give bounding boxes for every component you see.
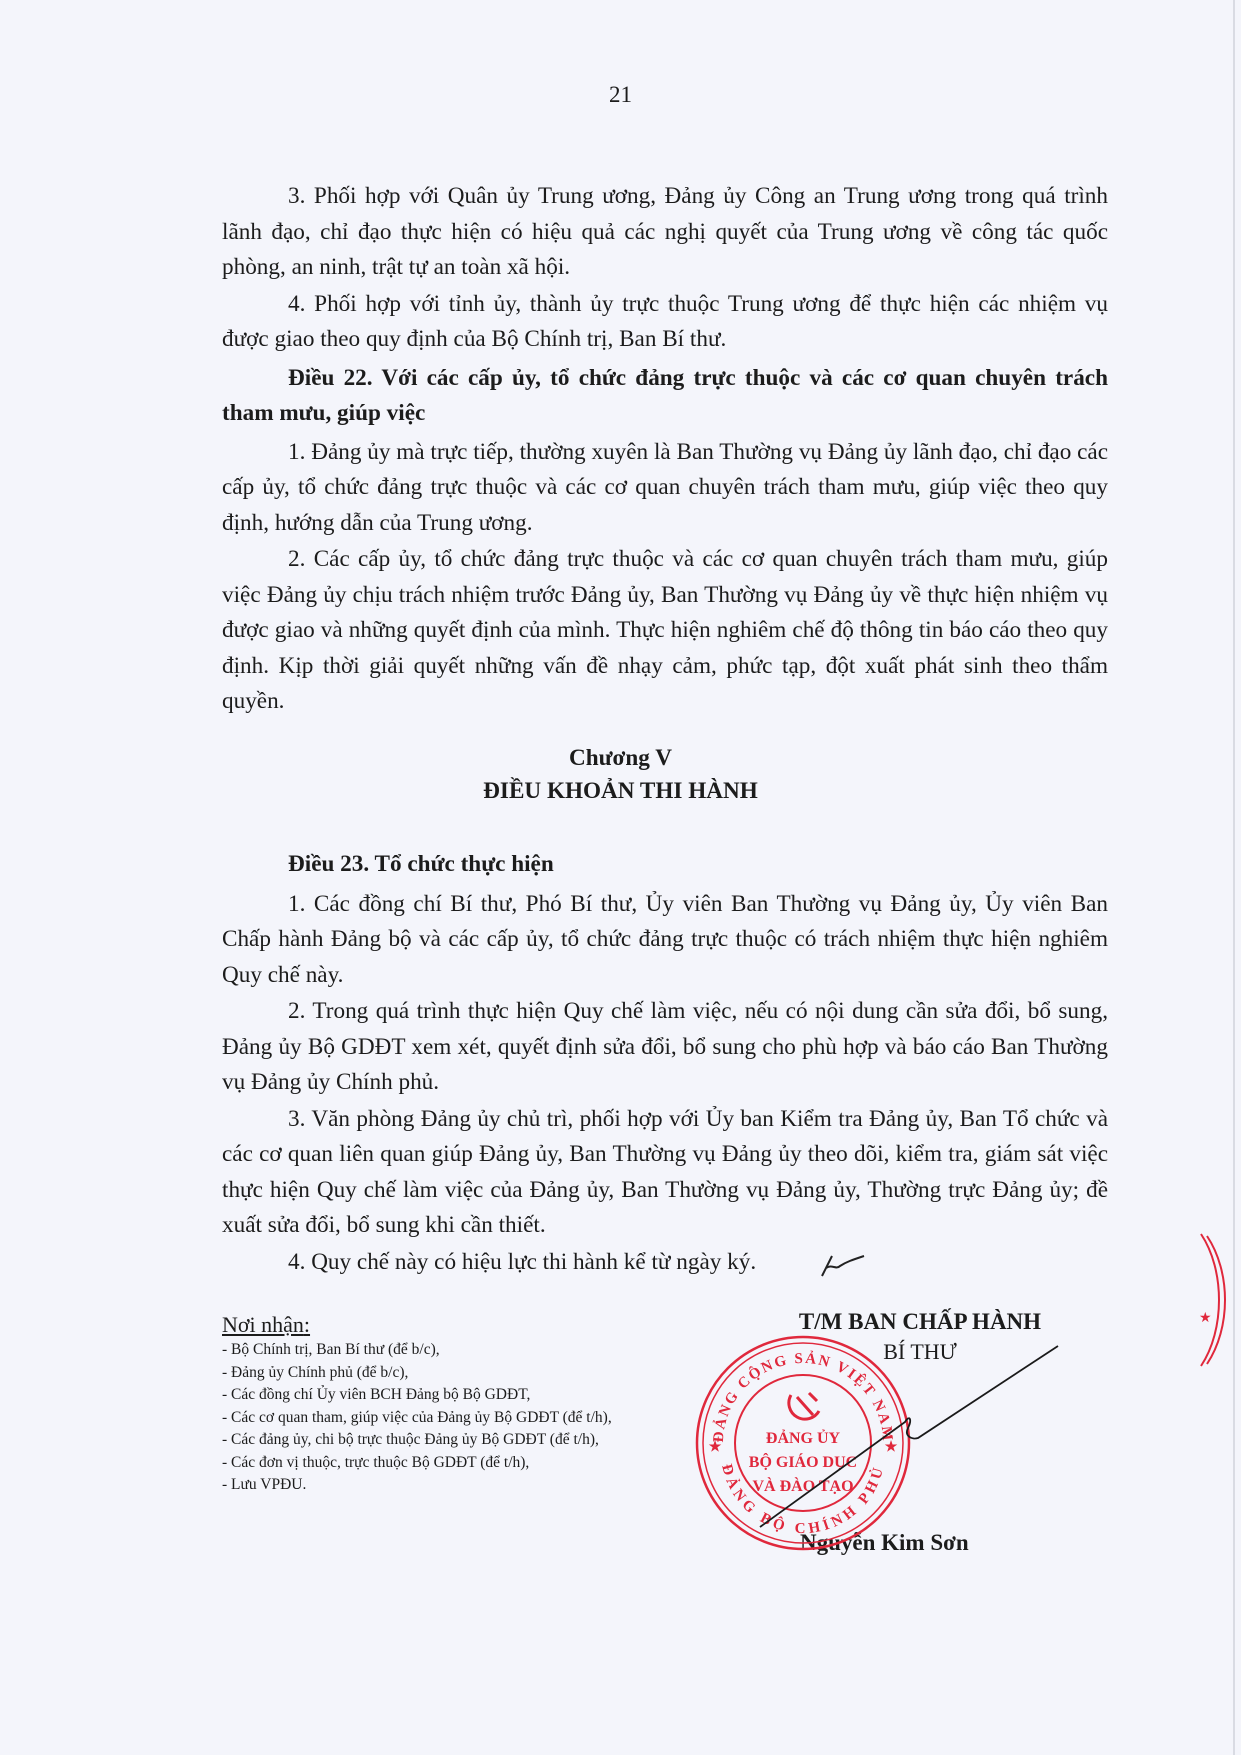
svg-text:VÀ ĐÀO TẠO: VÀ ĐÀO TẠO [752,1476,853,1495]
paragraph: 1. Đảng ủy mà trực tiếp, thường xuyên là… [222,435,1108,542]
paragraph: 3. Phối hợp với Quân ủy Trung ương, Đảng… [222,179,1108,286]
recipient-item: - Các đảng ủy, chi bộ trực thuộc Đảng ủy… [222,1429,612,1452]
initial-mark [818,1250,868,1280]
page-edge [1233,0,1235,1755]
recipient-item: - Bộ Chính trị, Ban Bí thư (để b/c), [222,1339,612,1362]
section-a: 3. Phối hợp với Quân ủy Trung ương, Đảng… [222,179,1108,720]
paragraph: 4. Phối hợp với tỉnh ủy, thành ủy trực t… [222,287,1108,358]
article-23: Điều 23. Tổ chức thực hiện 1. Các đồng c… [222,847,1108,1280]
paragraph: 2. Các cấp ủy, tổ chức đảng trực thuộc v… [222,542,1108,720]
paragraph: 4. Quy chế này có hiệu lực thi hành kể t… [222,1245,1108,1281]
paragraph: 2. Trong quá trình thực hiện Quy chế làm… [222,994,1108,1101]
chapter-number: Chương V [0,741,1241,776]
paragraph: 1. Các đồng chí Bí thư, Phó Bí thư, Ủy v… [222,887,1108,994]
recipients-title: Nơi nhận: [222,1311,612,1339]
recipient-item: - Các đồng chí Ủy viên BCH Đảng bộ Bộ GD… [222,1384,612,1407]
article-23-heading: Điều 23. Tổ chức thực hiện [222,847,1108,883]
recipient-item: - Các cơ quan tham, giúp việc của Đảng ủ… [222,1407,612,1430]
recipient-item: - Các đơn vị thuộc, trực thuộc Bộ GDĐT (… [222,1452,612,1475]
chapter-title: ĐIỀU KHOẢN THI HÀNH [0,774,1241,809]
recipient-item: - Lưu VPĐU. [222,1474,612,1497]
official-seal-icon: ĐẢNG CỘNG SẢN VIỆT NAM ĐẢNG BỘ CHÍNH PHỦ… [693,1333,913,1553]
recipients-block: Nơi nhận: - Bộ Chính trị, Ban Bí thư (để… [222,1311,612,1497]
svg-text:★: ★ [709,1439,722,1455]
svg-text:ĐẢNG ỦY: ĐẢNG ỦY [766,1428,841,1447]
article-22-heading: Điều 22. Với các cấp ủy, tổ chức đảng tr… [222,361,1108,432]
svg-text:★: ★ [1199,1311,1212,1326]
svg-text:BỘ GIÁO DỤC: BỘ GIÁO DỤC [749,1452,857,1471]
recipients-list: - Bộ Chính trị, Ban Bí thư (để b/c), - Đ… [222,1339,612,1497]
paragraph: 3. Văn phòng Đảng ủy chủ trì, phối hợp v… [222,1102,1108,1244]
partial-seal-icon: ★ [1195,1230,1235,1370]
svg-text:★: ★ [885,1439,898,1455]
page-number: 21 [0,82,1241,108]
recipient-item: - Đảng ủy Chính phủ (để b/c), [222,1362,612,1385]
svg-text:ĐẢNG BỘ CHÍNH PHỦ: ĐẢNG BỘ CHÍNH PHỦ [718,1462,888,1537]
